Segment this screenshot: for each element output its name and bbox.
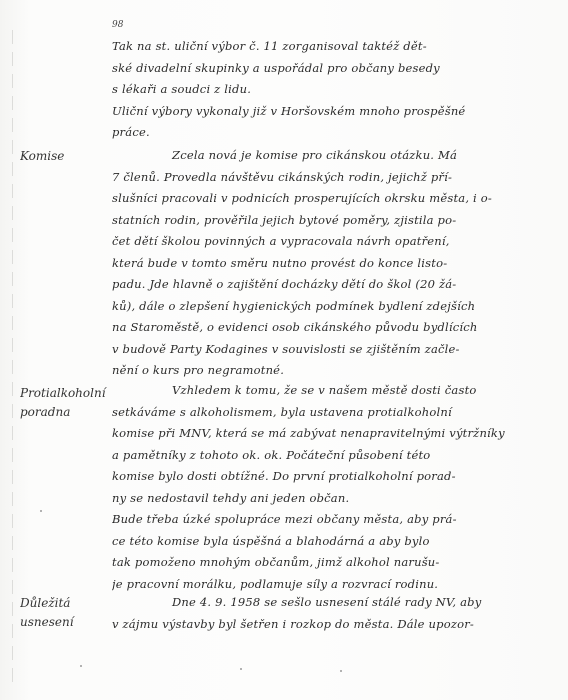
binding-margin-line [12,30,13,690]
margin-note-line: Důležitá [20,594,115,613]
text-line: která bude v tomto směru nutno provést d… [112,253,562,275]
text-line: setkáváme s alkoholismem, byla ustavena … [112,402,562,424]
text-line: statních rodin, prověřila jejich bytové … [112,210,562,232]
text-line: v budově Party Kodagines v souvislosti s… [112,339,562,361]
text-line: komise při MNV, která se má zabývat nena… [112,423,562,445]
text-line: slušníci pracovali v podnicích prosperuj… [112,188,562,210]
text-line: ské divadelní skupinky a uspořádal pro o… [112,58,562,80]
scan-speck [40,510,42,512]
text-line: na Staroměstě, o evidenci osob cikánskéh… [112,317,562,339]
text-line: ků), dále o zlepšení hygienických podmín… [112,296,562,318]
text-line: tak pomoženo mnohým občanům, jimž alkoho… [112,552,562,574]
text-line: čet dětí školou povinných a vypracovala … [112,231,562,253]
text-line: Dne 4. 9. 1958 se sešlo usnesení stálé r… [112,592,562,614]
text-line: Uliční výbory vykonaly již v Horšovském … [112,101,562,123]
text-line: Bude třeba úzké spolupráce mezi občany m… [112,509,562,531]
margin-note-line: Komise [20,147,115,166]
margin-note-line: usnesení [20,613,115,632]
text-line: Tak na st. uliční výbor č. 11 zorganisov… [112,36,562,58]
paragraph-intro: Tak na st. uliční výbor č. 11 zorganisov… [112,36,562,144]
text-line: v zájmu výstavby byl šetřen i rozkop do … [112,614,562,636]
page-number: 98 [112,20,123,30]
text-line: ny se nedostavil tehdy ani jeden občan. [112,488,562,510]
paragraph-dulezita-usneseni: Dne 4. 9. 1958 se sešlo usnesení stálé r… [112,592,562,635]
scan-speck [240,668,242,670]
document-page: 98 Komise Protialkoholní poradna Důležit… [0,0,568,700]
text-line: a pamětníky z tohoto ok. ok. Počáteční p… [112,445,562,467]
margin-note-line: Protialkoholní [20,384,115,403]
margin-note-dulezita-usneseni: Důležitá usnesení [20,594,115,632]
text-line: komise bylo dosti obtížné. Do první prot… [112,466,562,488]
scan-speck [80,665,82,667]
text-line: Zcela nová je komise pro cikánskou otázk… [112,145,562,167]
margin-note-line: poradna [20,403,115,422]
text-line: ce této komise byla úspěšná a blahodárná… [112,531,562,553]
margin-note-komise: Komise [20,147,115,166]
margin-note-protialkoholni-poradna: Protialkoholní poradna [20,384,115,422]
text-line: s lékaři a soudci z lidu. [112,79,562,101]
paragraph-protialkoholni-poradna: Vzhledem k tomu, že se v našem městě dos… [112,380,562,595]
scan-speck [340,670,342,672]
paragraph-komise: Zcela nová je komise pro cikánskou otázk… [112,145,562,382]
text-line: Vzhledem k tomu, že se v našem městě dos… [112,380,562,402]
text-line: práce. [112,122,562,144]
text-line: nění o kurs pro negramotné. [112,360,562,382]
text-line: 7 členů. Provedla návštěvu cikánských ro… [112,167,562,189]
text-line: padu. Jde hlavně o zajištění docházky dě… [112,274,562,296]
